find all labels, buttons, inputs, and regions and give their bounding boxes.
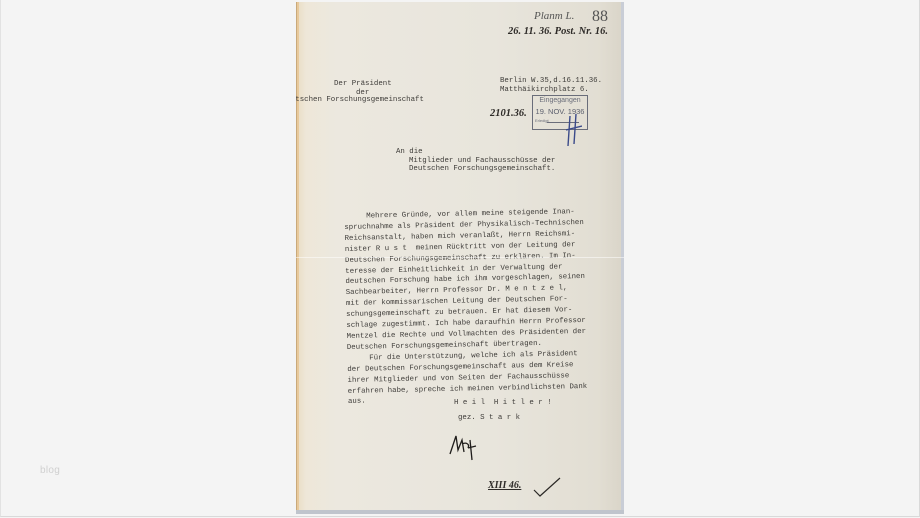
handwritten-signature-icon <box>446 432 480 462</box>
handwritten-post-number: 26. 11. 36. Post. Nr. 16. <box>508 26 608 37</box>
document-page-scan: 88 Planm L. 26. 11. 36. Post. Nr. 16. De… <box>296 2 624 514</box>
handwritten-annotation-top: Planm L. <box>534 10 574 22</box>
typed-signature: gez. S t a r k <box>458 414 520 423</box>
place-date-line-2: Matthäikirchplatz 6. <box>500 86 589 95</box>
stamp-initial-signature-icon <box>566 114 582 148</box>
letter-body: Mehrere Gründe, vor allem meine steigend… <box>344 207 588 408</box>
closing-salutation: H e i l H i t l e r ! <box>454 399 552 408</box>
checkmark-icon <box>532 476 562 498</box>
addressee-line-1: An die <box>396 148 423 157</box>
folio-number: 88 <box>592 8 608 26</box>
stamp-title: Eingegangen <box>533 97 587 104</box>
place-date-line-1: Berlin W.35,d.16.11.36. <box>500 77 602 86</box>
handwritten-registry-number: 2101.36. <box>490 108 527 119</box>
sender-line-1: Der Präsident <box>334 80 392 89</box>
addressee-line-3: Deutschen Forschungsgemeinschaft. <box>409 165 555 174</box>
page-bottom-edge <box>296 510 624 514</box>
handwritten-bottom-annotation: XIII 46. <box>488 480 521 491</box>
sender-line-3: Deutschen Forschungsgemeinschaft <box>296 96 424 105</box>
blog-watermark: blog <box>40 465 60 476</box>
